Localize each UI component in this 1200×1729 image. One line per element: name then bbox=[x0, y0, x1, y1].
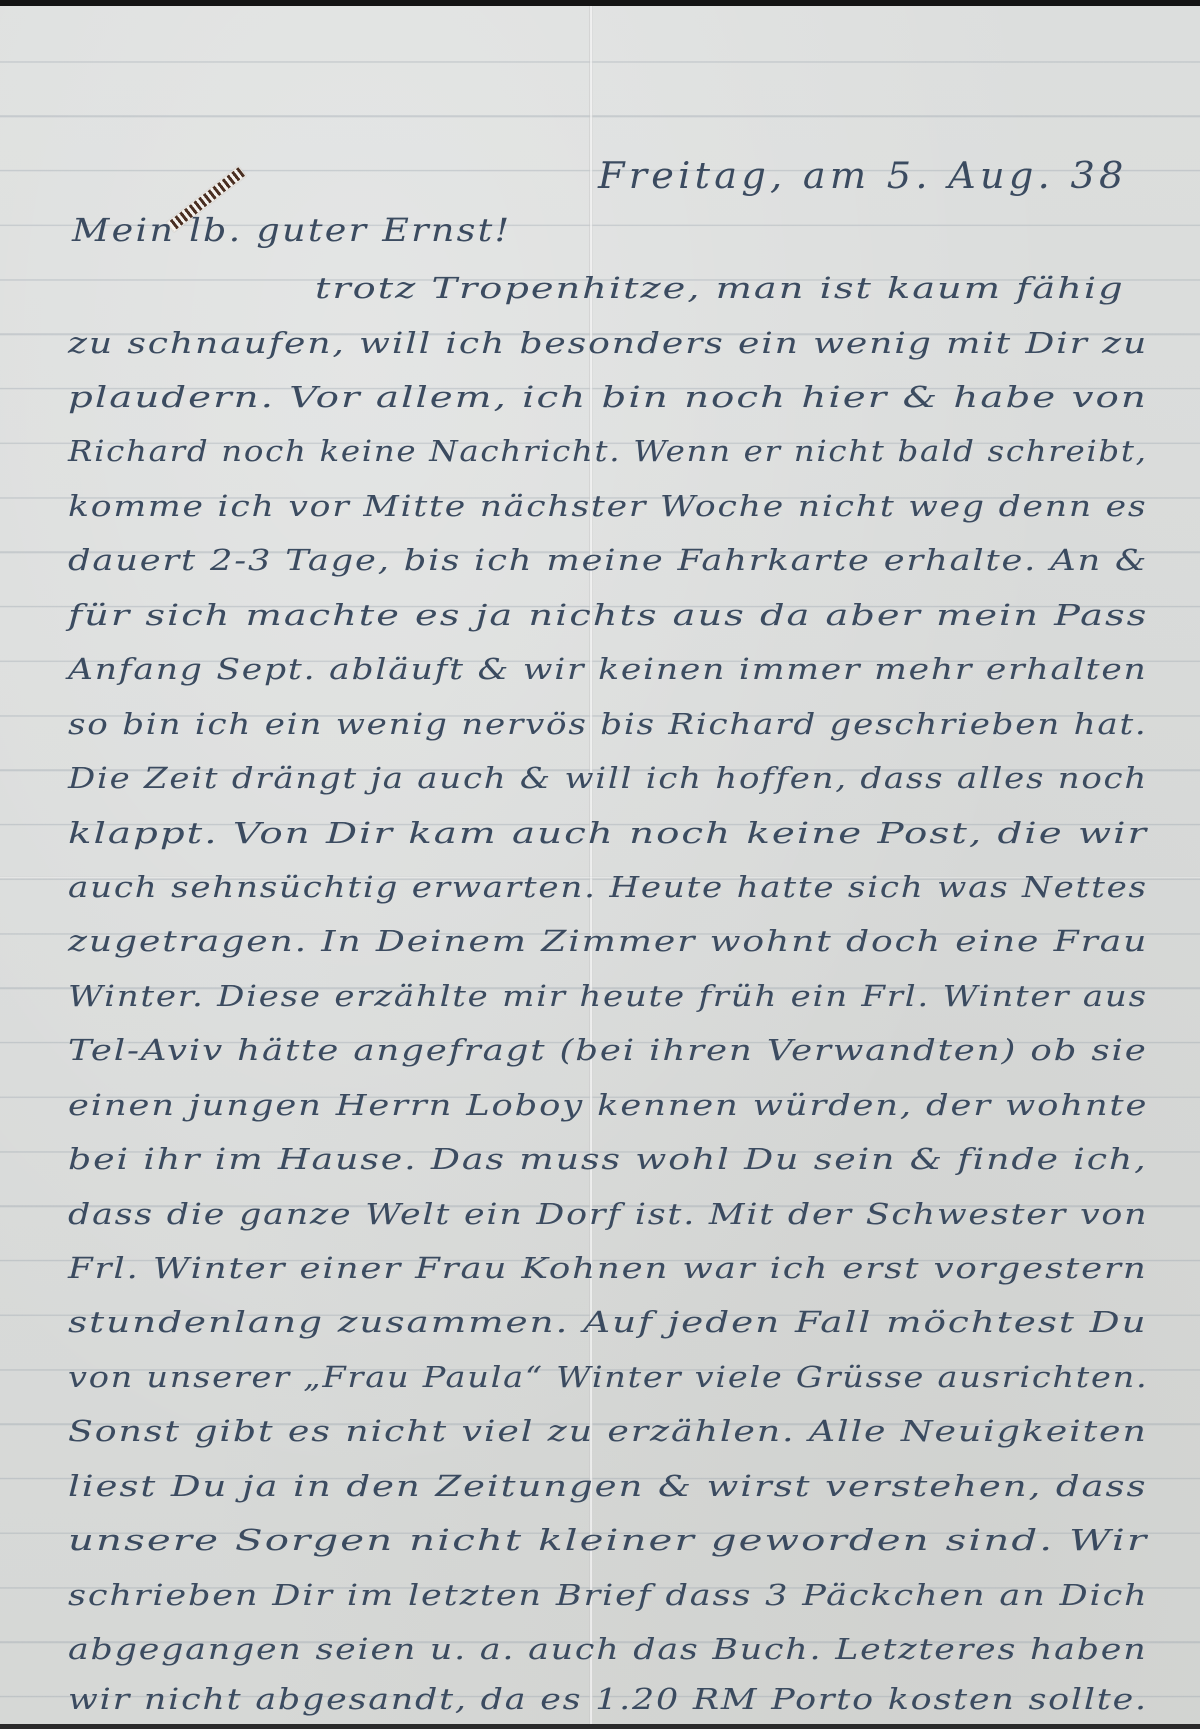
letter-line: bei ihr im Hause. Das muss wohl Du sein … bbox=[68, 1142, 1148, 1176]
letter-line: zugetragen. In Deinem Zimmer wohnt doch … bbox=[68, 924, 1148, 958]
letter-line: Richard noch keine Nachricht. Wenn er ni… bbox=[68, 434, 1148, 468]
letter-line: Sonst gibt es nicht viel zu erzählen. Al… bbox=[68, 1414, 1148, 1448]
letter-line: dass die ganze Welt ein Dorf ist. Mit de… bbox=[68, 1197, 1148, 1231]
letter-salutation: Mein lb. guter Ernst! bbox=[72, 211, 511, 249]
letter-line: unsere Sorgen nicht kleiner geworden sin… bbox=[68, 1523, 1148, 1557]
letter-line: einen jungen Herrn Loboy kennen würden, … bbox=[68, 1088, 1148, 1122]
letter-line: so bin ich ein wenig nervös bis Richard … bbox=[68, 707, 1148, 741]
letter-line: dauert 2-3 Tage, bis ich meine Fahrkarte… bbox=[68, 543, 1148, 577]
letter-line: plaudern. Vor allem, ich bin noch hier &… bbox=[68, 380, 1148, 414]
letter-line: für sich machte es ja nichts aus da aber… bbox=[68, 598, 1148, 632]
letter-line: klappt. Von Dir kam auch noch keine Post… bbox=[68, 816, 1148, 850]
letter-line: Frl. Winter einer Frau Kohnen war ich er… bbox=[68, 1251, 1148, 1285]
letter-page: Freitag, am 5. Aug. 38 Mein lb. guter Er… bbox=[0, 6, 1200, 1724]
letter-line: zu schnaufen, will ich besonders ein wen… bbox=[68, 326, 1148, 360]
letter-line: von unserer „Frau Paula“ Winter viele Gr… bbox=[68, 1360, 1148, 1394]
letter-line: Anfang Sept. abläuft & wir keinen immer … bbox=[68, 652, 1148, 686]
scan-bottom-border bbox=[0, 1724, 1200, 1729]
letter-line: abgegangen seien u. a. auch das Buch. Le… bbox=[68, 1632, 1147, 1666]
letter-line: auch sehnsüchtig erwarten. Heute hatte s… bbox=[68, 870, 1148, 904]
letter-line: komme ich vor Mitte nächster Woche nicht… bbox=[68, 489, 1147, 523]
letter-line: Die Zeit drängt ja auch & will ich hoffe… bbox=[68, 761, 1148, 795]
letter-line: schrieben Dir im letzten Brief dass 3 Pä… bbox=[68, 1578, 1148, 1612]
vertical-fold-crease bbox=[589, 6, 593, 1724]
letter-line: wir nicht abgesandt, da es 1.20 RM Porto… bbox=[68, 1682, 1148, 1716]
ruled-lines bbox=[0, 6, 1200, 1724]
letter-date: Freitag, am 5. Aug. 38 bbox=[598, 156, 1128, 197]
letter-line: liest Du ja in den Zeitungen & wirst ver… bbox=[68, 1469, 1147, 1503]
letter-line: trotz Tropenhitze, man ist kaum fähig bbox=[315, 271, 1125, 305]
letter-line: stundenlang zusammen. Auf jeden Fall möc… bbox=[68, 1305, 1148, 1339]
letter-line: Tel-Aviv hätte angefragt (bei ihren Verw… bbox=[68, 1033, 1148, 1067]
letter-line: Winter. Diese erzählte mir heute früh ei… bbox=[68, 979, 1148, 1013]
